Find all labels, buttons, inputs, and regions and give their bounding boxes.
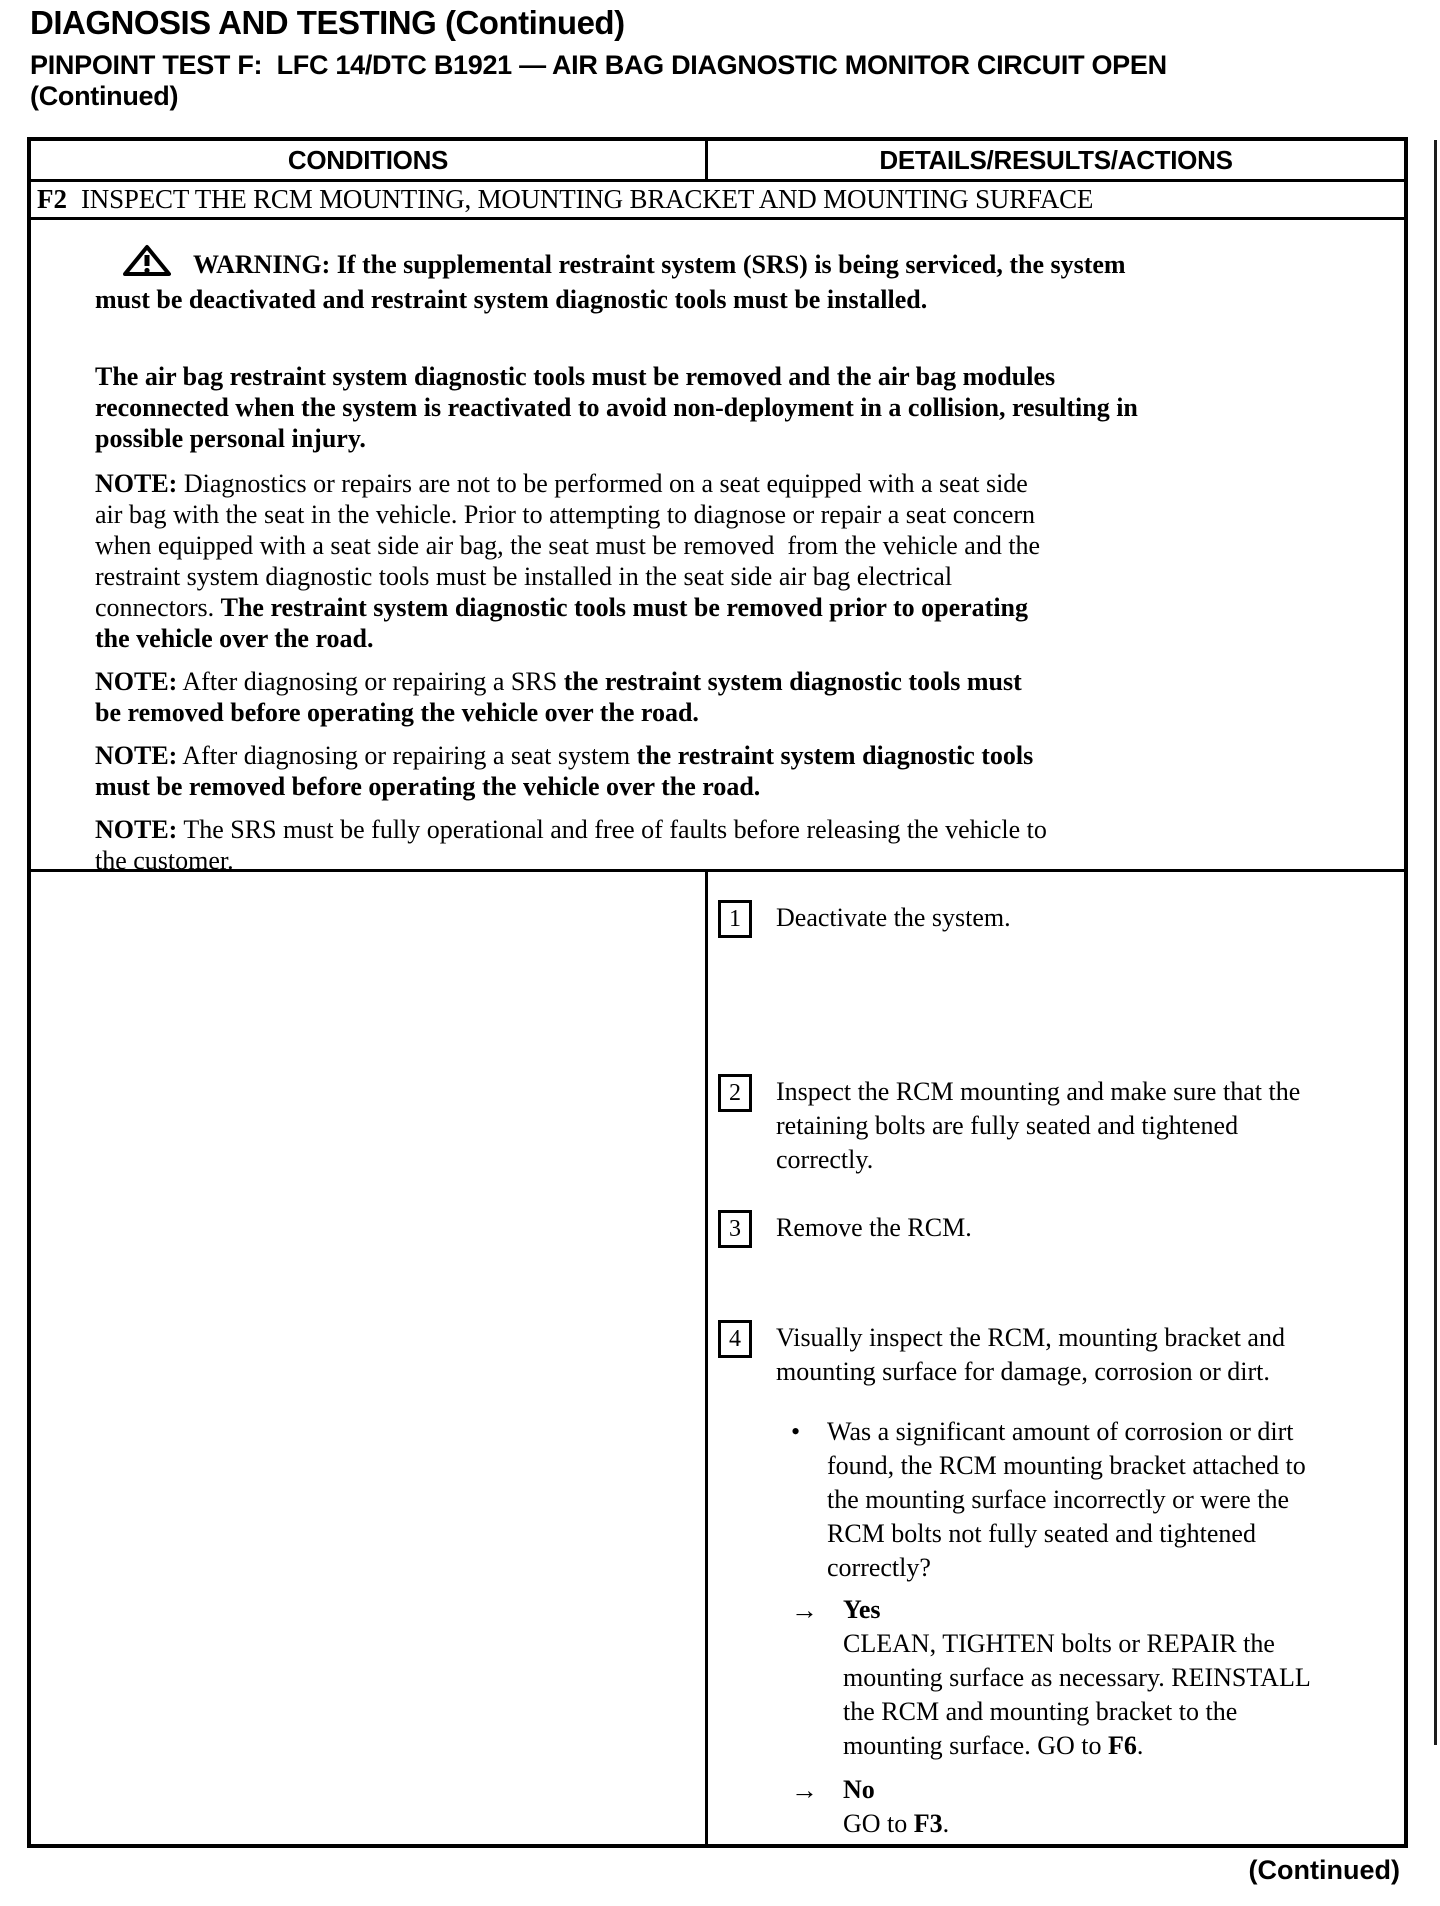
- result-label: No: [843, 1773, 949, 1807]
- note-label: NOTE:: [95, 469, 177, 498]
- step-item-3: 3 Remove the RCM.: [718, 1210, 1390, 1248]
- note-label: NOTE:: [95, 815, 177, 844]
- result-yes: → Yes CLEAN, TIGHTEN bolts or REPAIR the…: [791, 1593, 1390, 1763]
- result-action: CLEAN, TIGHTEN bolts or REPAIR the mount…: [843, 1627, 1311, 1763]
- result-no: → No GO to F3.: [791, 1773, 1390, 1841]
- step-item-2: 2 Inspect the RCM mounting and make sure…: [718, 1074, 1390, 1177]
- arrow-right-icon: →: [791, 1593, 843, 1763]
- result-action-reference: F6: [1108, 1731, 1137, 1760]
- bullet-icon: •: [791, 1415, 827, 1585]
- conditions-column-header: CONDITIONS: [31, 141, 708, 179]
- conditions-details-row: 1 Deactivate the system. 2 Inspect the R…: [31, 872, 1404, 1844]
- step-text: Deactivate the system.: [776, 900, 1011, 938]
- step-text: Visually inspect the RCM, mounting brack…: [776, 1320, 1285, 1389]
- result-action-text: GO to: [843, 1809, 914, 1838]
- pinpoint-test-title: PINPOINT TEST F: LFC 14/DTC B1921 — AIR …: [30, 50, 1167, 112]
- page-title: DIAGNOSIS AND TESTING (Continued): [30, 4, 625, 42]
- table-header-row: CONDITIONS DETAILS/RESULTS/ACTIONS: [31, 141, 1404, 182]
- note-text: The SRS must be fully operational and fr…: [95, 815, 1047, 872]
- question-text: Was a significant amount of corrosion or…: [827, 1415, 1306, 1585]
- arrow-right-icon: →: [791, 1773, 843, 1841]
- note-text: After diagnosing or repairing a seat sys…: [177, 741, 636, 770]
- warning-and-notes-cell: WARNING: If the supplemental restraint s…: [31, 220, 1404, 872]
- warning-text: WARNING: If the supplemental restraint s…: [95, 250, 1126, 314]
- test-step-id: F2: [37, 184, 67, 214]
- question-item: • Was a significant amount of corrosion …: [791, 1415, 1390, 1585]
- note-label: NOTE:: [95, 667, 177, 696]
- result-action-reference: F3: [914, 1809, 943, 1838]
- note-bold-text: The restraint system diagnostic tools mu…: [95, 593, 1028, 653]
- note-paragraph: NOTE: The SRS must be fully operational …: [95, 814, 1384, 872]
- note-paragraph: NOTE: After diagnosing or repairing a SR…: [95, 666, 1384, 728]
- scan-edge-artifact: [1434, 140, 1437, 1745]
- step-number-box: 4: [718, 1320, 752, 1358]
- details-cell: 1 Deactivate the system. 2 Inspect the R…: [708, 872, 1404, 1844]
- details-column-header: DETAILS/RESULTS/ACTIONS: [708, 141, 1404, 179]
- result-action-period: .: [1137, 1731, 1144, 1760]
- step-text: Inspect the RCM mounting and make sure t…: [776, 1074, 1300, 1177]
- note-label: NOTE:: [95, 741, 177, 770]
- note-paragraph: NOTE: After diagnosing or repairing a se…: [95, 740, 1384, 802]
- result-action-text: CLEAN, TIGHTEN bolts or REPAIR the mount…: [843, 1629, 1311, 1760]
- step-item-4: 4 Visually inspect the RCM, mounting bra…: [718, 1320, 1390, 1389]
- test-step-title-row: F2INSPECT THE RCM MOUNTING, MOUNTING BRA…: [31, 182, 1404, 220]
- conditions-cell: [31, 872, 708, 1844]
- step-text: Remove the RCM.: [776, 1210, 972, 1248]
- note-text: After diagnosing or repairing a SRS: [177, 667, 563, 696]
- pinpoint-test-table: CONDITIONS DETAILS/RESULTS/ACTIONS F2INS…: [27, 137, 1408, 1848]
- continued-footer: (Continued): [30, 1855, 1400, 1886]
- step-number-box: 2: [718, 1074, 752, 1112]
- result-action: GO to F3.: [843, 1807, 949, 1841]
- step-item-1: 1 Deactivate the system.: [718, 900, 1390, 938]
- result-action-period: .: [943, 1809, 950, 1838]
- step-number-box: 3: [718, 1210, 752, 1248]
- warning-triangle-icon: [123, 244, 171, 284]
- result-label: Yes: [843, 1593, 1311, 1627]
- warning-paragraph: WARNING: If the supplemental restraint s…: [95, 244, 1384, 315]
- test-step-title: INSPECT THE RCM MOUNTING, MOUNTING BRACK…: [81, 184, 1093, 214]
- step-number-box: 1: [718, 900, 752, 938]
- warning-paragraph-2: The air bag restraint system diagnostic …: [95, 361, 1384, 454]
- note-paragraph: NOTE: Diagnostics or repairs are not to …: [95, 468, 1384, 654]
